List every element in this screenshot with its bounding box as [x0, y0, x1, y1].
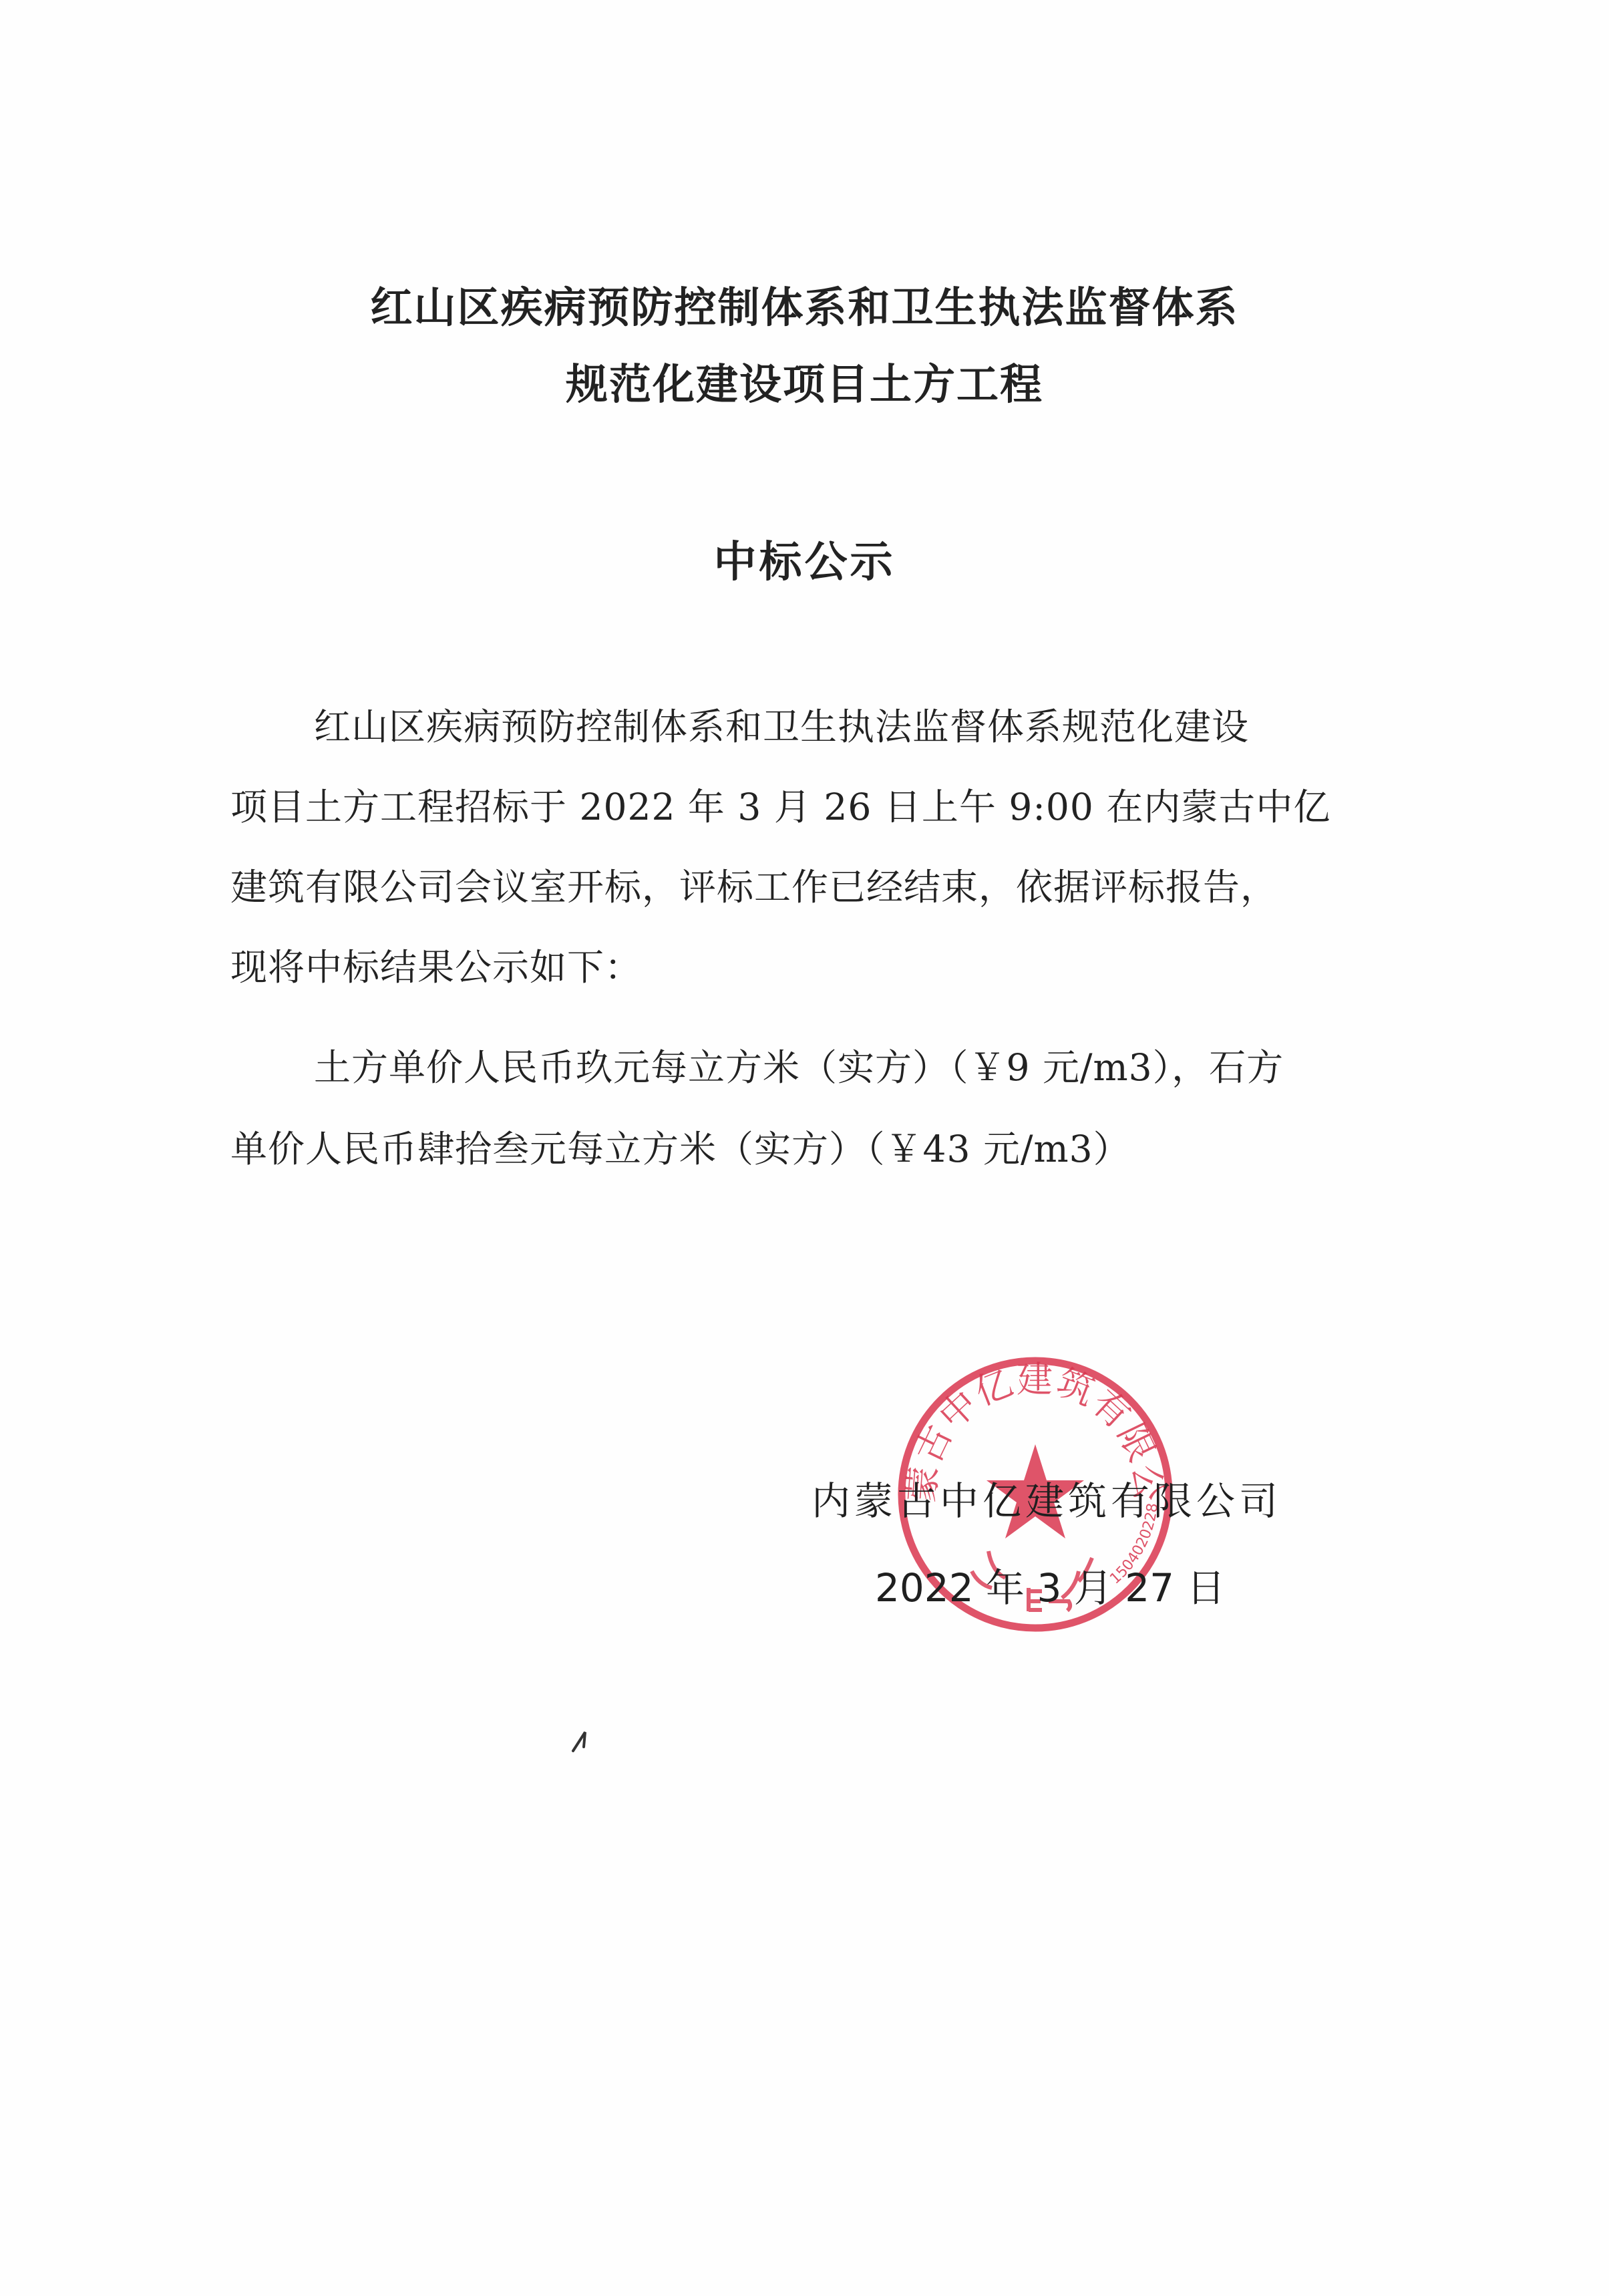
document-page: 红山区疾病预防控制体系和卫生执法监督体系 规范化建设项目土方工程 中标公示 红山…: [0, 0, 1609, 2296]
document-title-line-2: 规范化建设项目土方工程: [0, 351, 1609, 412]
document-title-line-1: 红山区疾病预防控制体系和卫生执法监督体系: [0, 274, 1609, 335]
notice-heading: 中标公示: [0, 528, 1609, 589]
body-paragraph-1-line-2: 项目土方工程招标于 2022 年 3 月 26 日上午 9:00 在内蒙古中亿: [230, 787, 1330, 827]
body-paragraph-1-line-3: 建筑有限公司会议室开标，评标工作已经结束，依据评标报告，: [230, 867, 1278, 907]
body-paragraph-1-line-4: 现将中标结果公示如下：: [230, 947, 642, 987]
body-paragraph-1-line-1: 红山区疾病预防控制体系和卫生执法监督体系规范化建设: [314, 707, 1249, 747]
signature-date: 2022 年 3 月 27 日: [875, 1556, 1226, 1613]
body-paragraph-2-line-1: 土方单价人民币玖元每立方米（实方）（￥9 元/m3），石方: [314, 1047, 1284, 1088]
body-paragraph-2-line-2: 单价人民币肆拾叁元每立方米（实方）（￥43 元/m3）: [230, 1129, 1131, 1169]
margin-stroke-mark: [568, 1727, 594, 1754]
signature-company: 内蒙古中亿建筑有限公司: [812, 1470, 1282, 1526]
